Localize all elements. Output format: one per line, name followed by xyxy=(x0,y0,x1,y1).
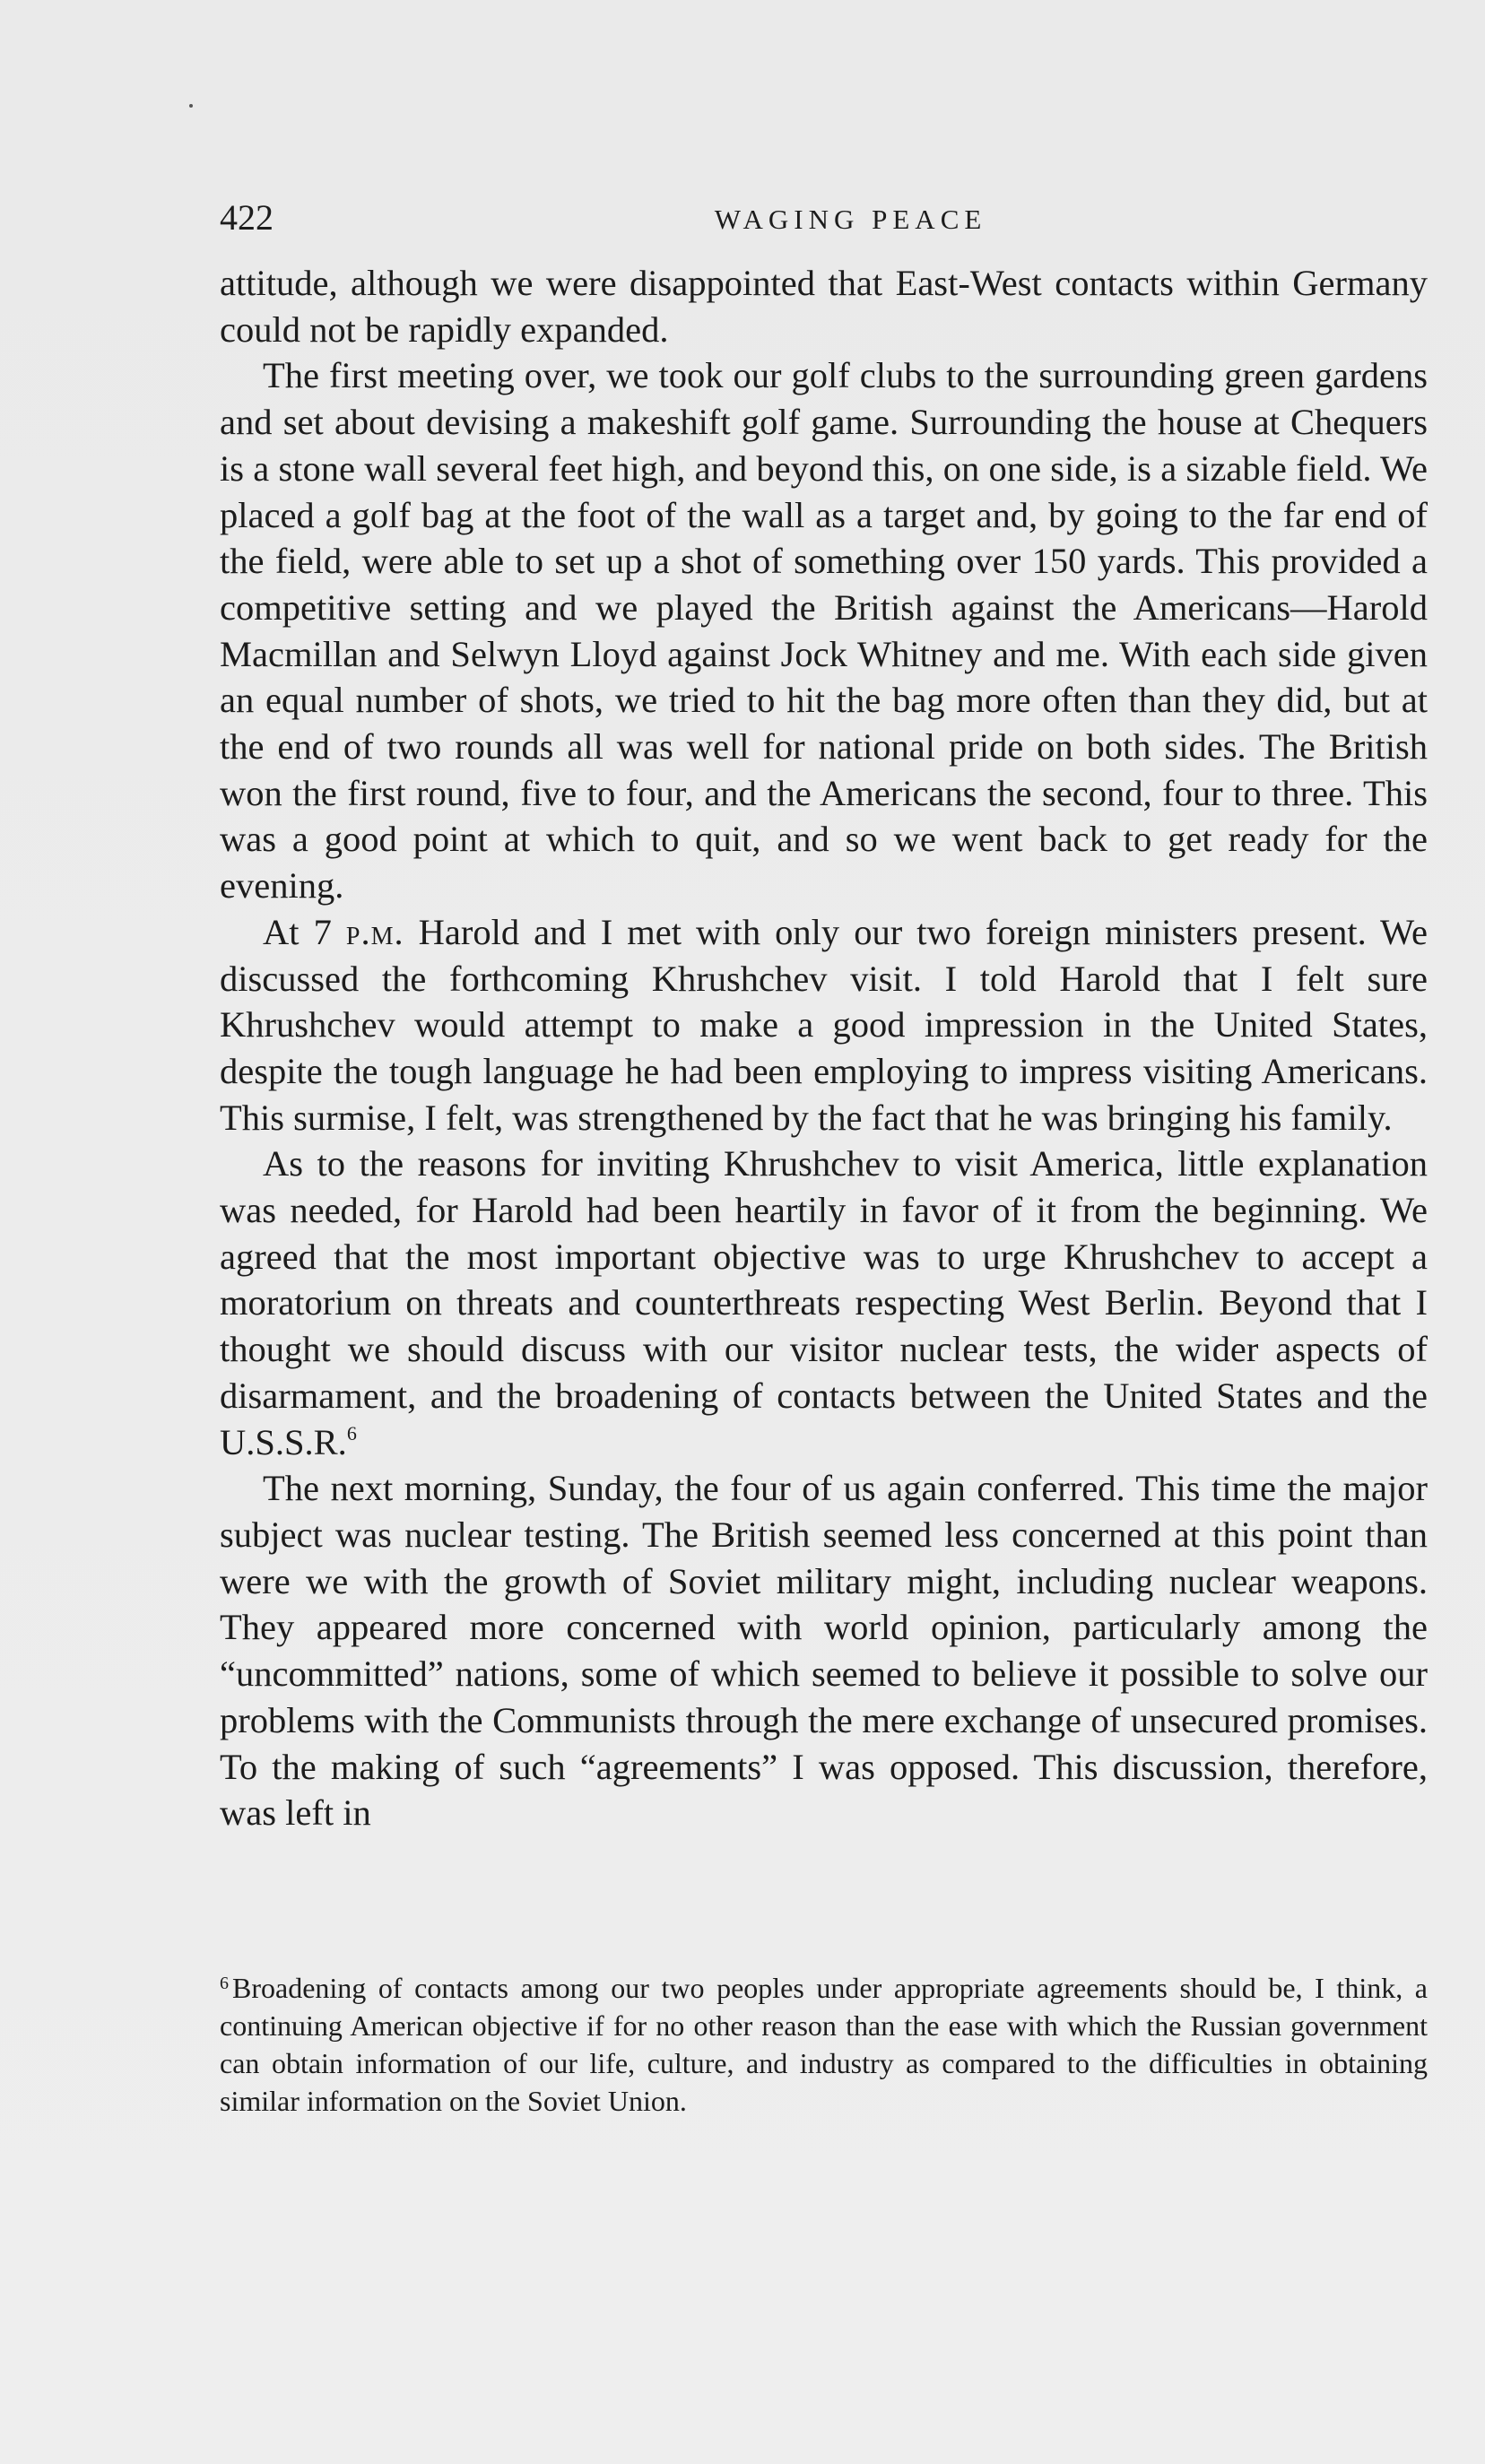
paragraph-1: attitude, although we were disappointed … xyxy=(220,260,1428,352)
paragraph-5: The next morning, Sunday, the four of us… xyxy=(220,1465,1428,1836)
paragraph-text: The first meeting over, we took our golf… xyxy=(220,355,1428,906)
footnote-marker: 6 xyxy=(220,1974,229,1993)
page-speck xyxy=(189,104,193,108)
footnote-6: 6Broadening of contacts among our two pe… xyxy=(220,1969,1428,2120)
footnote-reference[interactable]: 6 xyxy=(347,1422,357,1445)
footnotes: 6Broadening of contacts among our two pe… xyxy=(220,1969,1428,2120)
running-head: 422 WAGING PEACE xyxy=(220,195,1428,240)
paragraph-text: attitude, although we were disappointed … xyxy=(220,263,1428,350)
body-text: attitude, although we were disappointed … xyxy=(220,260,1428,1836)
paragraph-text: As to the reasons for inviting Khrushche… xyxy=(220,1143,1428,1462)
running-title: WAGING PEACE xyxy=(220,197,1428,242)
paragraph-2: The first meeting over, we took our golf… xyxy=(220,352,1428,908)
paragraph-4: As to the reasons for inviting Khrushche… xyxy=(220,1141,1428,1465)
paragraph-3: At 7 P.M. Harold and I met with only our… xyxy=(220,909,1428,1141)
footnote-text: Broadening of contacts among our two peo… xyxy=(220,1972,1428,2117)
paragraph-text: The next morning, Sunday, the four of us… xyxy=(220,1468,1428,1833)
book-page: 422 WAGING PEACE attitude, although we w… xyxy=(0,0,1485,2464)
paragraph-text: At 7 xyxy=(263,912,346,952)
time-abbreviation: P.M. xyxy=(346,912,404,952)
